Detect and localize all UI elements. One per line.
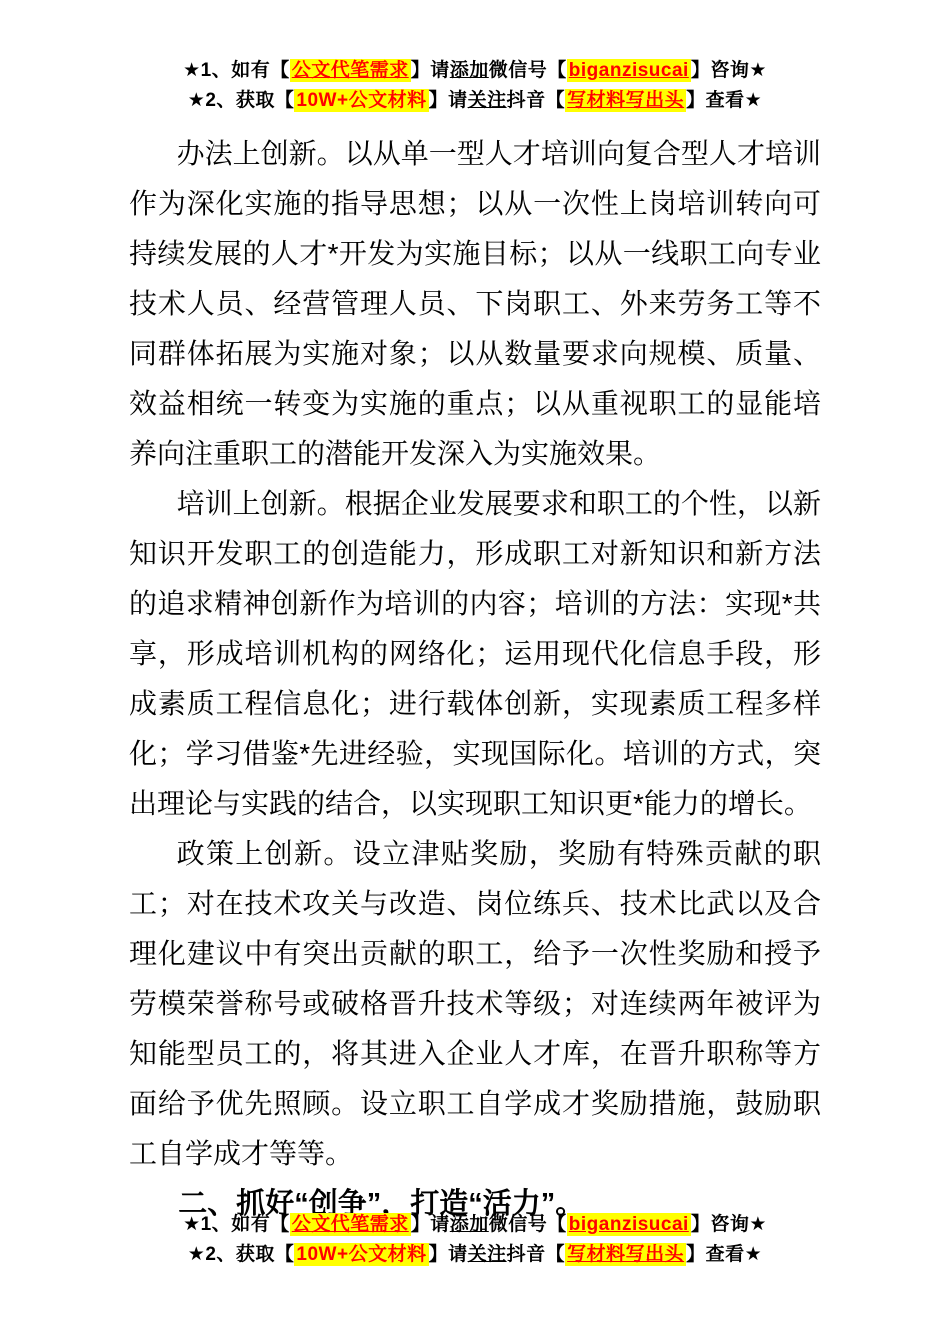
promo2-mid2: 抖音【 — [507, 90, 566, 111]
promo2-suffix: 】查看★ — [686, 90, 762, 111]
promo1b-suffix: 】咨询★ — [691, 1214, 767, 1235]
highlight-gongwen-daibi-need: 公文代笔需求 — [290, 59, 411, 82]
promo2b-underline-follow: 关注 — [468, 1244, 507, 1265]
highlight-10w-materials-bottom: 10W+公文材料 — [294, 1243, 428, 1266]
promo2-prefix: ★2、获取【 — [188, 90, 295, 111]
highlight-wechat-id: biganzisucai — [567, 59, 691, 82]
paragraph-methods-innovation: 办法上创新。以从单一型人才培训向复合型人才培训作为深化实施的指导思想；以从一次性… — [129, 129, 821, 479]
promo1-underline-add: 添加 — [450, 60, 489, 81]
promo1-suffix: 】咨询★ — [691, 60, 767, 81]
highlight-douyin-id-bottom: 写材料写出头 — [565, 1243, 686, 1266]
promo1b-underline-add: 添加 — [450, 1214, 489, 1235]
document-body: 办法上创新。以从单一型人才培训向复合型人才培训作为深化实施的指导思想；以从一次性… — [129, 129, 821, 1229]
promo2b-mid2: 抖音【 — [507, 1244, 566, 1265]
document-page: ★1、如有【公文代笔需求】请添加微信号【biganzisucai】咨询★ ★2、… — [0, 0, 950, 1344]
highlight-douyin-id: 写材料写出头 — [565, 89, 686, 112]
promo1-mid1: 】请 — [411, 60, 450, 81]
promo2b-prefix: ★2、获取【 — [188, 1244, 295, 1265]
paragraph-training-innovation: 培训上创新。根据企业发展要求和职工的个性，以新知识开发职工的创造能力，形成职工对… — [129, 479, 821, 829]
promo1b-mid1: 】请 — [411, 1214, 450, 1235]
promo2b-mid1: 】请 — [429, 1244, 468, 1265]
promo2-underline-follow: 关注 — [468, 90, 507, 111]
promo1-mid2: 微信号【 — [489, 60, 567, 81]
promo-line-2: ★2、获取【10W+公文材料】请关注抖音【写材料写出头】查看★ — [0, 86, 950, 116]
paragraph-policy-innovation: 政策上创新。设立津贴奖励，奖励有特殊贡献的职工；对在技术攻关与改造、岗位练兵、技… — [129, 829, 821, 1179]
promo1-prefix: ★1、如有【 — [183, 60, 290, 81]
highlight-wechat-id-bottom: biganzisucai — [567, 1213, 691, 1236]
promo1b-mid2: 微信号【 — [489, 1214, 567, 1235]
promo1b-prefix: ★1、如有【 — [183, 1214, 290, 1235]
promo-line-1: ★1、如有【公文代笔需求】请添加微信号【biganzisucai】咨询★ — [0, 56, 950, 86]
promo2b-suffix: 】查看★ — [686, 1244, 762, 1265]
promo-line-2-bottom: ★2、获取【10W+公文材料】请关注抖音【写材料写出头】查看★ — [0, 1240, 950, 1270]
promo2-mid1: 】请 — [429, 90, 468, 111]
promo-banner-bottom: ★1、如有【公文代笔需求】请添加微信号【biganzisucai】咨询★ ★2、… — [0, 1210, 950, 1270]
promo-banner-top: ★1、如有【公文代笔需求】请添加微信号【biganzisucai】咨询★ ★2、… — [0, 0, 950, 116]
promo-line-1-bottom: ★1、如有【公文代笔需求】请添加微信号【biganzisucai】咨询★ — [0, 1210, 950, 1240]
highlight-gongwen-daibi-need-bottom: 公文代笔需求 — [290, 1213, 411, 1236]
highlight-10w-materials: 10W+公文材料 — [294, 89, 428, 112]
